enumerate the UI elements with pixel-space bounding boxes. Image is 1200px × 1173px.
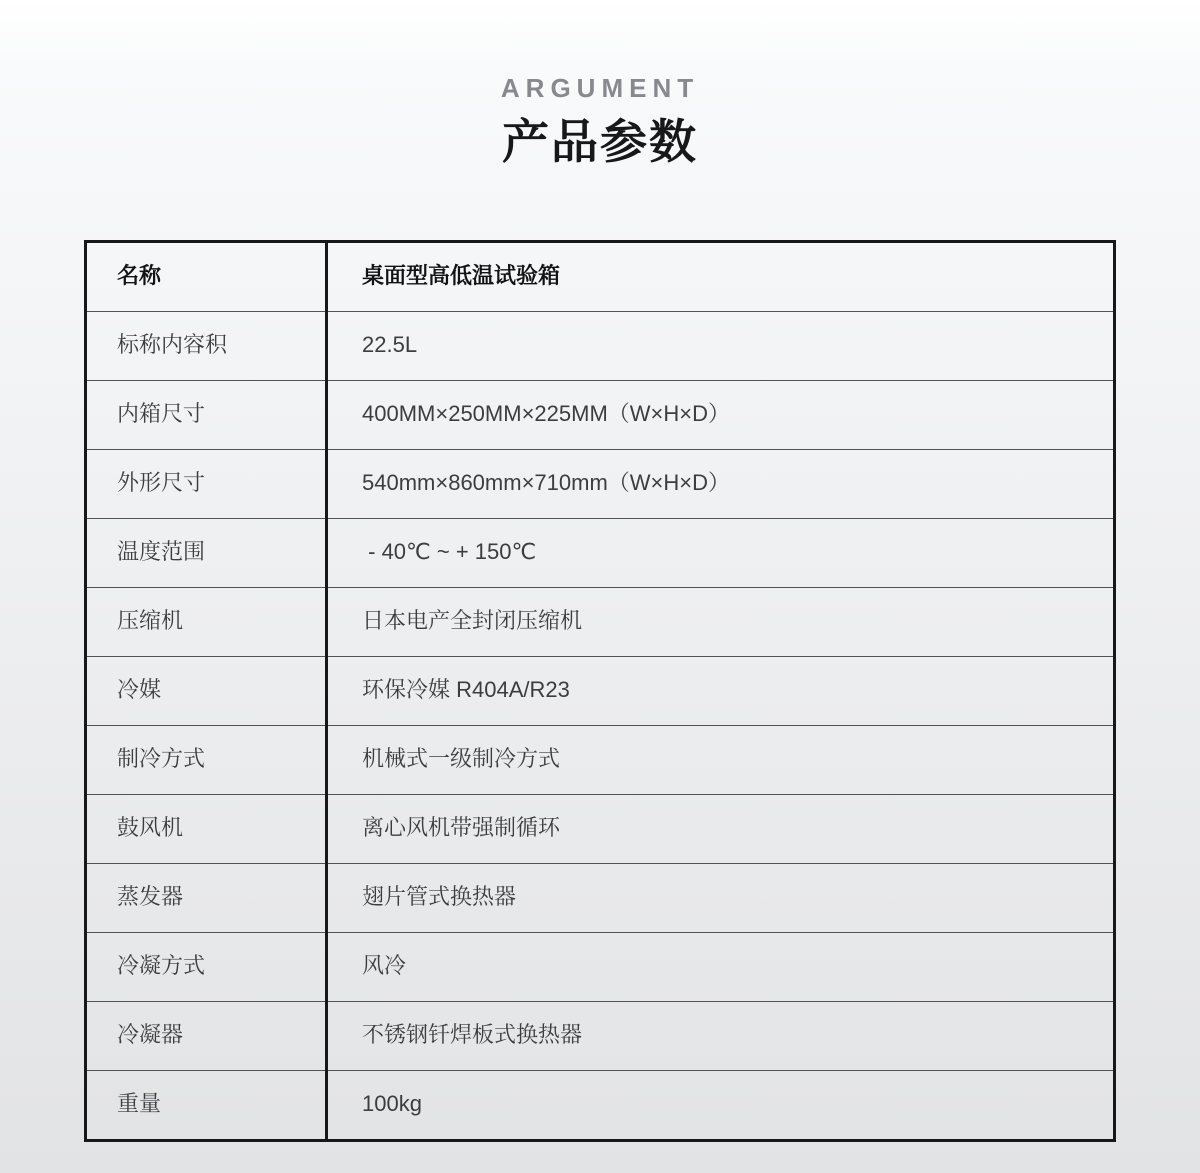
spec-label: 冷凝器 bbox=[86, 1001, 327, 1070]
spec-value: 400MM×250MM×225MM（W×H×D） bbox=[327, 380, 1115, 449]
spec-value: - 40℃ ~ + 150℃ bbox=[327, 518, 1115, 587]
section-header: ARGUMENT 产品参数 bbox=[0, 0, 1200, 168]
spec-table: 名称 桌面型高低温试验箱 标称内容积 22.5L 内箱尺寸 400MM×250M… bbox=[84, 240, 1116, 1142]
product-parameters-section: ARGUMENT 产品参数 名称 桌面型高低温试验箱 标称内容积 22.5L 内… bbox=[0, 0, 1200, 1142]
table-row: 外形尺寸 540mm×860mm×710mm（W×H×D） bbox=[86, 449, 1115, 518]
spec-label: 鼓风机 bbox=[86, 794, 327, 863]
spec-value: 日本电产全封闭压缩机 bbox=[327, 587, 1115, 656]
spec-value: 机械式一级制冷方式 bbox=[327, 725, 1115, 794]
table-row: 重量 100kg bbox=[86, 1070, 1115, 1140]
spec-value: 22.5L bbox=[327, 311, 1115, 380]
spec-value: 100kg bbox=[327, 1070, 1115, 1140]
table-row: 蒸发器 翅片管式换热器 bbox=[86, 863, 1115, 932]
spec-label: 冷媒 bbox=[86, 656, 327, 725]
spec-value: 不锈钢钎焊板式换热器 bbox=[327, 1001, 1115, 1070]
spec-label: 标称内容积 bbox=[86, 311, 327, 380]
table-row: 名称 桌面型高低温试验箱 bbox=[86, 241, 1115, 311]
spec-value: 翅片管式换热器 bbox=[327, 863, 1115, 932]
spec-label: 制冷方式 bbox=[86, 725, 327, 794]
spec-value: 桌面型高低温试验箱 bbox=[327, 241, 1115, 311]
table-row: 压缩机 日本电产全封闭压缩机 bbox=[86, 587, 1115, 656]
table-row: 冷凝器 不锈钢钎焊板式换热器 bbox=[86, 1001, 1115, 1070]
spec-label: 压缩机 bbox=[86, 587, 327, 656]
spec-label: 名称 bbox=[86, 241, 327, 311]
spec-value: 540mm×860mm×710mm（W×H×D） bbox=[327, 449, 1115, 518]
spec-label: 冷凝方式 bbox=[86, 932, 327, 1001]
spec-label: 蒸发器 bbox=[86, 863, 327, 932]
spec-label: 重量 bbox=[86, 1070, 327, 1140]
spec-label: 外形尺寸 bbox=[86, 449, 327, 518]
table-row: 温度范围 - 40℃ ~ + 150℃ bbox=[86, 518, 1115, 587]
table-row: 制冷方式 机械式一级制冷方式 bbox=[86, 725, 1115, 794]
table-row: 标称内容积 22.5L bbox=[86, 311, 1115, 380]
page-title: 产品参数 bbox=[0, 116, 1200, 168]
table-row: 鼓风机 离心风机带强制循环 bbox=[86, 794, 1115, 863]
table-row: 冷凝方式 风冷 bbox=[86, 932, 1115, 1001]
spec-value: 离心风机带强制循环 bbox=[327, 794, 1115, 863]
spec-value: 环保冷媒 R404A/R23 bbox=[327, 656, 1115, 725]
spec-label: 温度范围 bbox=[86, 518, 327, 587]
table-row: 冷媒 环保冷媒 R404A/R23 bbox=[86, 656, 1115, 725]
section-eyebrow: ARGUMENT bbox=[0, 74, 1200, 104]
spec-table-body: 名称 桌面型高低温试验箱 标称内容积 22.5L 内箱尺寸 400MM×250M… bbox=[86, 241, 1115, 1140]
table-row: 内箱尺寸 400MM×250MM×225MM（W×H×D） bbox=[86, 380, 1115, 449]
spec-label: 内箱尺寸 bbox=[86, 380, 327, 449]
spec-value: 风冷 bbox=[327, 932, 1115, 1001]
